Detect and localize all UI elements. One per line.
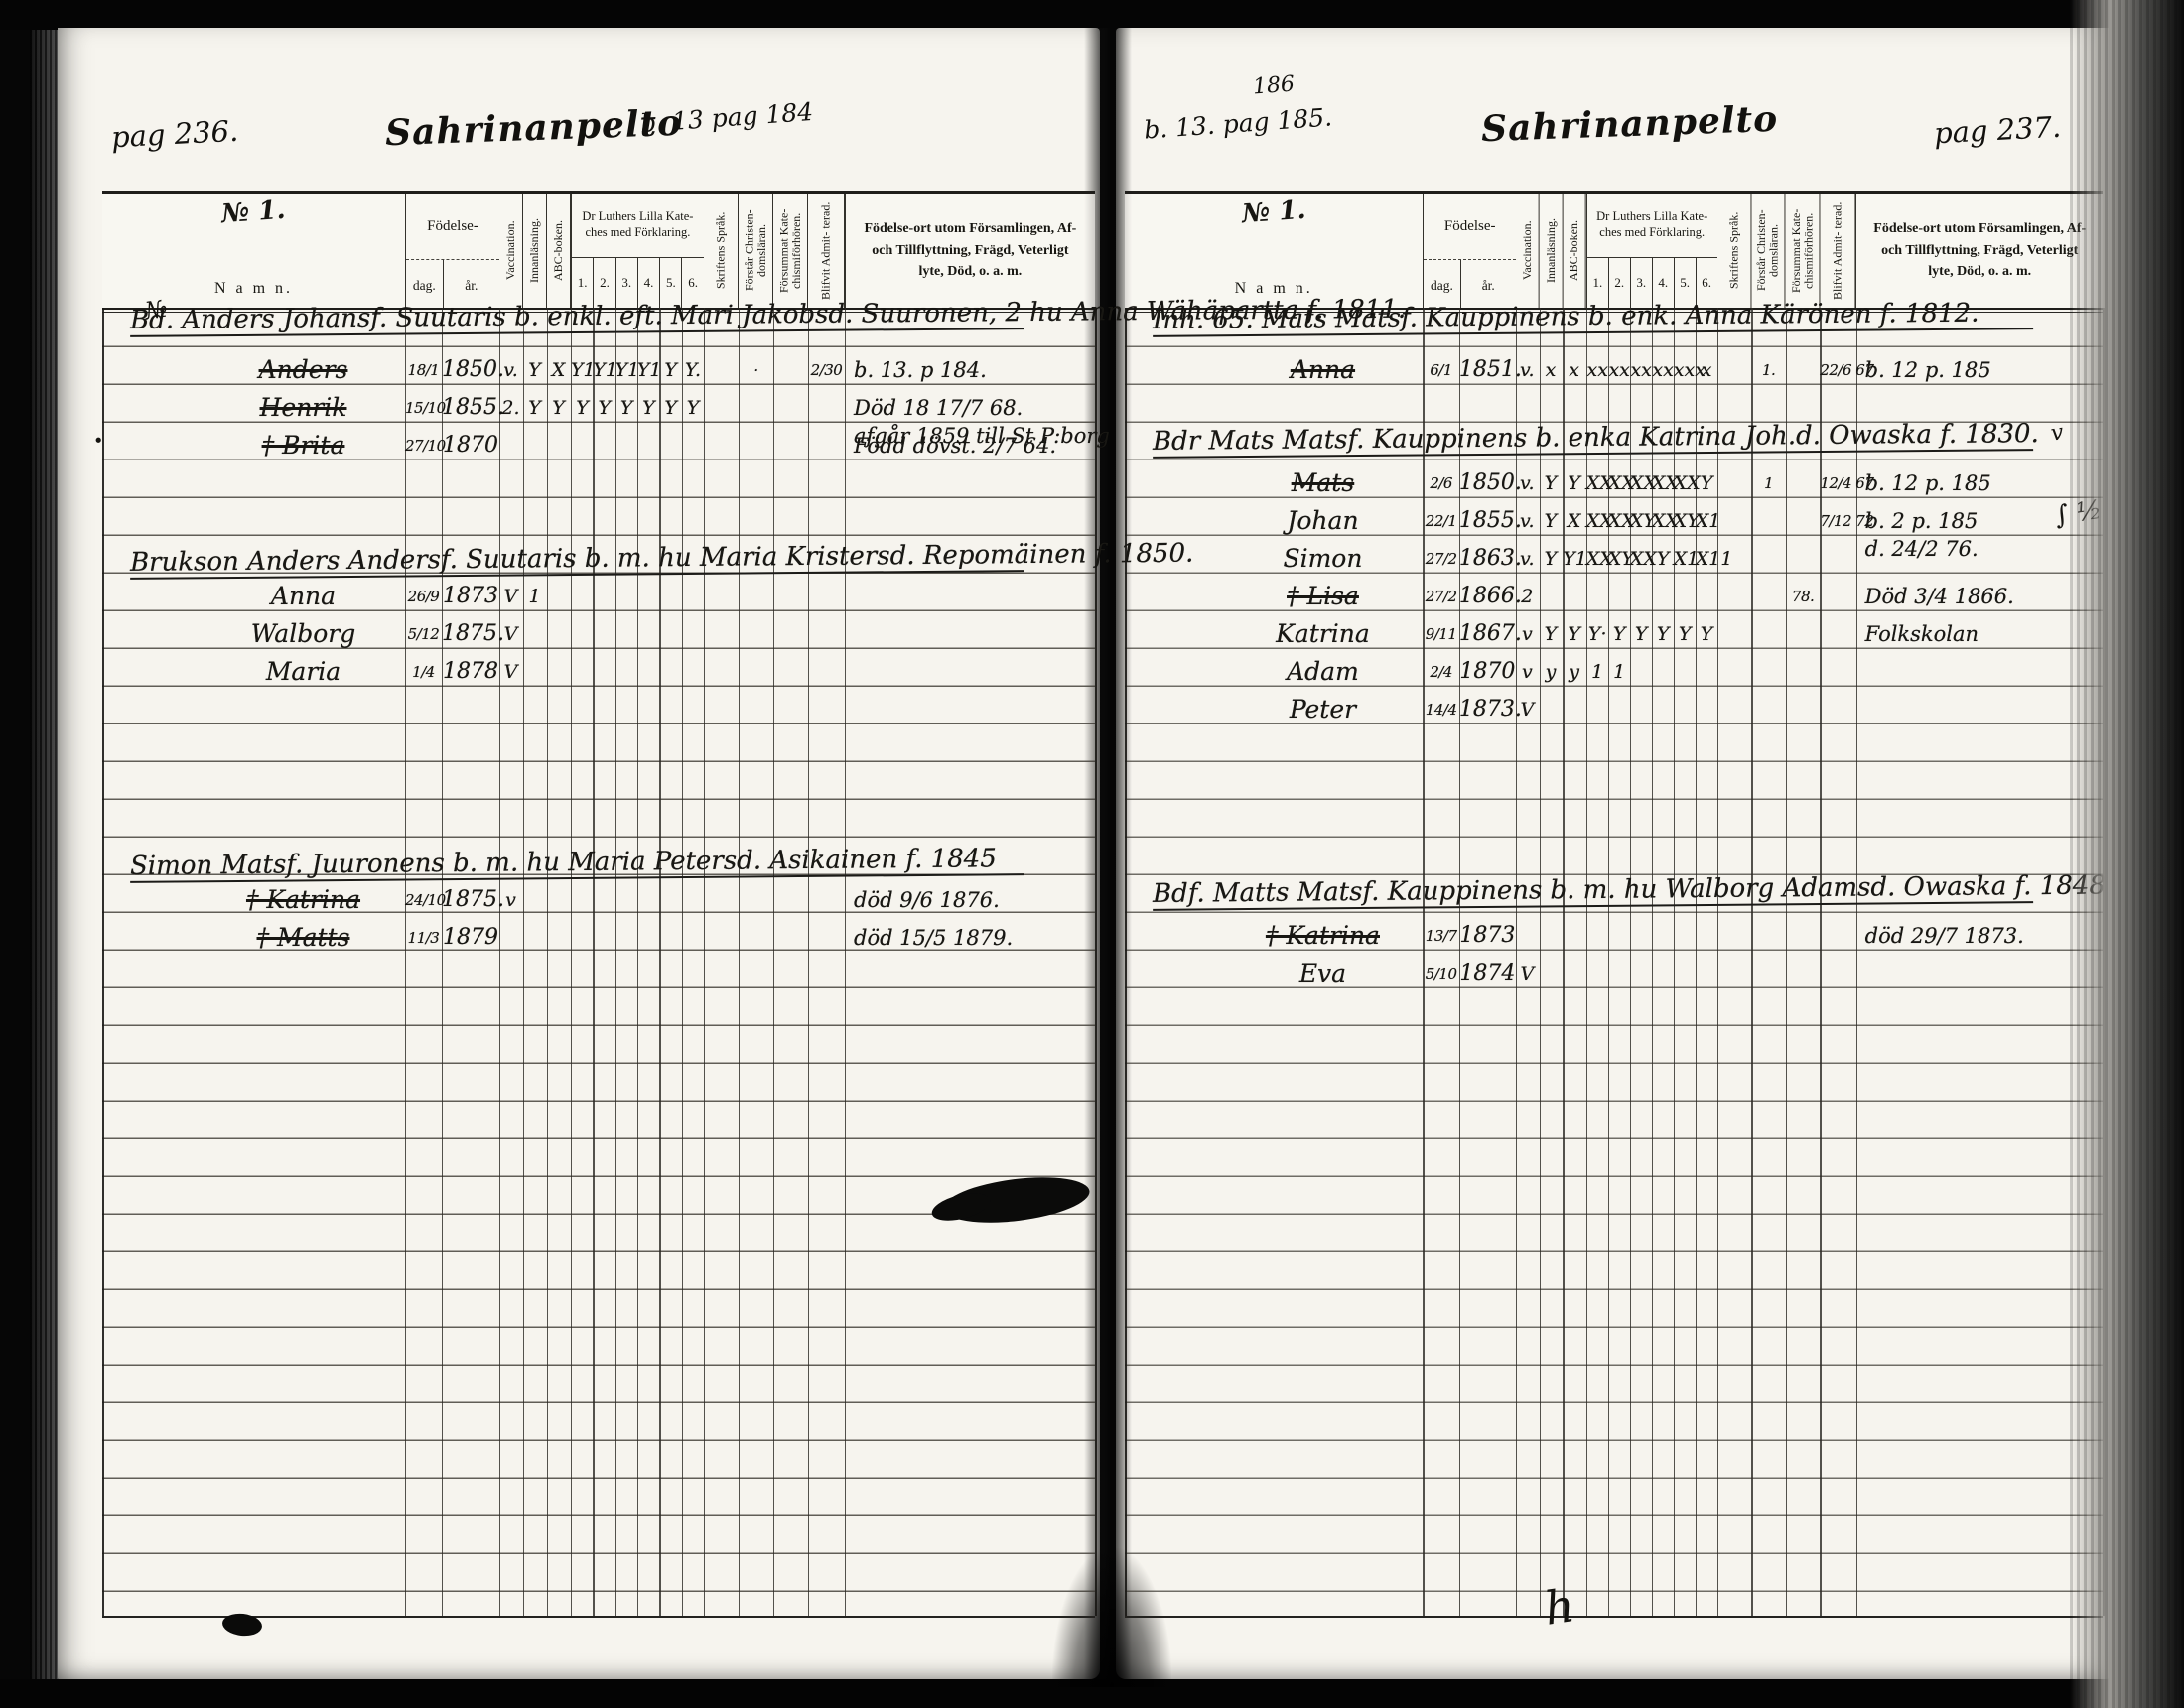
exam-mark: XX bbox=[1586, 544, 1609, 574]
exam-mark: xxx bbox=[1674, 355, 1697, 385]
exam-mark: y bbox=[1563, 657, 1585, 687]
exam-mark: XX bbox=[1608, 468, 1631, 498]
exam-mark: XY bbox=[1674, 506, 1697, 536]
exam-mark: v bbox=[499, 885, 522, 915]
exam-mark: 1 bbox=[1586, 657, 1609, 687]
column-line bbox=[1630, 308, 1631, 1616]
exam-mark: XX bbox=[1586, 468, 1609, 498]
column-line bbox=[1674, 308, 1675, 1616]
exam-mark: xx bbox=[1586, 355, 1609, 385]
exam-mark: Y bbox=[1540, 619, 1563, 649]
birth-day: 14/4 bbox=[1423, 695, 1458, 724]
exam-mark: Y· bbox=[1586, 619, 1609, 649]
column-line bbox=[593, 308, 594, 1616]
exam-mark: x bbox=[1563, 355, 1585, 385]
handwritten-entries-layer: Bd. Anders Johansf. Suutaris b. enkl. ef… bbox=[0, 0, 2184, 1708]
exam-mark: XY bbox=[1608, 544, 1631, 574]
remark-note: död 29/7 1873. bbox=[1865, 921, 2100, 951]
exam-mark: Y bbox=[1674, 619, 1697, 649]
column-line bbox=[637, 308, 638, 1616]
person-name: Johan bbox=[1223, 506, 1424, 536]
exam-mark: v. bbox=[1516, 355, 1539, 385]
exam-mark: X bbox=[547, 355, 570, 385]
person-name: Mats bbox=[1223, 468, 1424, 498]
exam-mark: v bbox=[1516, 619, 1539, 649]
exam-mark: Y bbox=[1608, 619, 1631, 649]
birth-day: 11/3 bbox=[405, 923, 442, 953]
column-line bbox=[1608, 308, 1609, 1616]
birth-day: 27/2 bbox=[1423, 582, 1458, 611]
exam-mark: y bbox=[1540, 657, 1563, 687]
person-name: † Lisa bbox=[1223, 582, 1424, 611]
exam-mark: Y. bbox=[682, 355, 705, 385]
column-line bbox=[1820, 308, 1821, 1616]
exam-mark: v bbox=[1516, 657, 1539, 687]
exam-mark: Y bbox=[593, 393, 615, 423]
exam-mark: v. bbox=[1516, 544, 1539, 574]
exam-mark: V bbox=[499, 657, 522, 687]
exam-mark: XX bbox=[1608, 506, 1631, 536]
birth-day: 2/4 bbox=[1423, 657, 1458, 687]
birth-year: 1873 bbox=[442, 582, 499, 611]
column-line bbox=[405, 308, 406, 1616]
exam-mark: Y bbox=[1652, 544, 1675, 574]
exam-mark: Y bbox=[659, 355, 682, 385]
remark-note: Död 18 17/7 68. bbox=[854, 393, 1092, 423]
column-line bbox=[659, 308, 660, 1616]
person-name: Simon bbox=[1223, 544, 1424, 574]
person-name: Eva bbox=[1223, 959, 1424, 988]
remark-note: död 9/6 1876. bbox=[854, 885, 1092, 915]
exam-mark: V bbox=[499, 582, 522, 611]
exam-mark: XX bbox=[1652, 468, 1675, 498]
exam-mark: X1 bbox=[1674, 544, 1697, 574]
margin-pen-mark: v bbox=[2049, 420, 2065, 446]
family-header-row: Brukson Anders Andersf. Suutaris b. m. h… bbox=[130, 540, 1024, 580]
exam-mark: Y bbox=[682, 393, 705, 423]
exam-mark: Y1 bbox=[615, 355, 638, 385]
exam-mark: Y bbox=[523, 393, 546, 423]
column-line bbox=[1586, 308, 1587, 1616]
exam-mark: Y bbox=[659, 393, 682, 423]
person-name: Adam bbox=[1223, 657, 1424, 687]
exam-mark: x bbox=[1696, 355, 1718, 385]
exam-mark: Y1 bbox=[571, 355, 594, 385]
book-scan: pag 236. Sahrinanpelto b. 13 pag 184 186… bbox=[0, 0, 2184, 1708]
person-name: Peter bbox=[1223, 695, 1424, 724]
column-line bbox=[773, 308, 774, 1616]
birth-day: 15/10 bbox=[405, 393, 442, 423]
person-name: Walborg bbox=[202, 619, 405, 649]
exam-mark: X1 bbox=[1696, 506, 1718, 536]
exam-mark: XY bbox=[1630, 506, 1653, 536]
remark-note: död 15/5 1879. bbox=[854, 923, 1092, 953]
exam-mark: Y bbox=[1540, 506, 1563, 536]
column-line bbox=[1696, 308, 1697, 1616]
person-name: Katrina bbox=[1223, 619, 1424, 649]
remark-note: Död 3/4 1866. bbox=[1865, 582, 2100, 611]
exam-mark: Y bbox=[547, 393, 570, 423]
birth-year: 1870 bbox=[1459, 657, 1516, 687]
admitted-date: 2/30 bbox=[808, 355, 845, 385]
exam-mark: Y bbox=[523, 355, 546, 385]
exam-mark: Y bbox=[571, 393, 594, 423]
column-line bbox=[704, 308, 705, 1616]
column-line bbox=[1717, 308, 1718, 1616]
exam-mark: V bbox=[1516, 695, 1539, 724]
exam-mark: X11 bbox=[1696, 544, 1718, 574]
birth-year: 1879 bbox=[442, 923, 499, 953]
exam-mark: 2. bbox=[499, 393, 522, 423]
column-line bbox=[1652, 308, 1653, 1616]
exam-mark: v. bbox=[499, 355, 522, 385]
exam-mark: Y bbox=[1540, 468, 1563, 498]
column-line bbox=[1856, 308, 1857, 1616]
family-header-row: Bdr Mats Matsf. Kauppinens b. enka Katri… bbox=[1152, 419, 2032, 459]
exam-mark: Y bbox=[615, 393, 638, 423]
column-line bbox=[1095, 308, 1097, 1616]
person-name: Maria bbox=[202, 657, 405, 687]
person-name: Anders bbox=[202, 355, 405, 385]
person-name: Anna bbox=[202, 582, 405, 611]
admitted-date: 12/4 67 bbox=[1820, 468, 1855, 498]
column-line bbox=[1540, 308, 1541, 1616]
column-line bbox=[499, 308, 500, 1616]
birth-year: 1855. bbox=[442, 393, 499, 423]
birth-year: 1863. bbox=[1459, 544, 1516, 574]
exam-mark: V bbox=[1516, 959, 1539, 988]
birth-year: 1850. bbox=[1459, 468, 1516, 498]
birth-day: 27/10 bbox=[405, 431, 442, 460]
birth-day: 5/10 bbox=[1423, 959, 1458, 988]
column-line bbox=[615, 308, 616, 1616]
column-line bbox=[739, 308, 740, 1616]
birth-year: 1866. bbox=[1459, 582, 1516, 611]
exam-mark: xx bbox=[1608, 355, 1631, 385]
exam-mark: Y bbox=[1696, 619, 1718, 649]
birth-year: 1875. bbox=[442, 885, 499, 915]
person-name: Henrik bbox=[202, 393, 405, 423]
family-header-row: Bdf. Matts Matsf. Kauppinens b. m. hu Wa… bbox=[1152, 871, 2032, 911]
exam-mark: v. bbox=[1516, 506, 1539, 536]
birth-day: 26/9 bbox=[405, 582, 442, 611]
exam-mark: Y bbox=[1630, 619, 1653, 649]
column-line bbox=[1751, 308, 1752, 1616]
remark-note: d. 24/2 76. bbox=[1865, 534, 2100, 564]
exam-mark: 2 bbox=[1516, 582, 1539, 611]
person-name: † Katrina bbox=[1223, 921, 1424, 951]
forsummat-mark: 78. bbox=[1786, 582, 1820, 611]
birth-day: 1/4 bbox=[405, 657, 442, 687]
birth-day: 13/7 bbox=[1423, 921, 1458, 951]
exam-mark: Y bbox=[1652, 619, 1675, 649]
column-line bbox=[682, 308, 683, 1616]
column-line bbox=[808, 308, 809, 1616]
remark-note: Folkskolan bbox=[1865, 619, 2100, 649]
exam-mark: 1 bbox=[1608, 657, 1631, 687]
exam-mark: Y bbox=[1563, 468, 1585, 498]
exam-mark: xx bbox=[1630, 355, 1653, 385]
birth-day: 22/1 bbox=[1423, 506, 1458, 536]
exam-mark: XX bbox=[1630, 544, 1653, 574]
admitted-date: 22/6 67 bbox=[1820, 355, 1855, 385]
column-line bbox=[442, 308, 443, 1616]
birth-year: 1878 bbox=[442, 657, 499, 687]
exam-mark: Y bbox=[1540, 544, 1563, 574]
exam-mark: XX bbox=[1652, 506, 1675, 536]
person-name: † Katrina bbox=[202, 885, 405, 915]
forstar-mark: · bbox=[739, 355, 773, 385]
birth-year: 1851. bbox=[1459, 355, 1516, 385]
exam-mark: Y bbox=[1563, 619, 1585, 649]
exam-mark: Y1 bbox=[593, 355, 615, 385]
column-line bbox=[523, 308, 524, 1616]
forstar-mark: 1. bbox=[1751, 355, 1785, 385]
birth-day: 6/1 bbox=[1423, 355, 1458, 385]
remark-note: b. 12 p. 185 bbox=[1865, 468, 2100, 498]
column-line bbox=[1563, 308, 1564, 1616]
exam-mark: x bbox=[1540, 355, 1563, 385]
column-line bbox=[1125, 308, 1127, 1616]
margin-pen-mark: № bbox=[143, 295, 169, 326]
person-name: Anna bbox=[1223, 355, 1424, 385]
column-line bbox=[1786, 308, 1787, 1616]
column-line bbox=[845, 308, 846, 1616]
birth-year: 1874 bbox=[1459, 959, 1516, 988]
exam-mark: xx bbox=[1652, 355, 1675, 385]
birth-day: 24/10 bbox=[405, 885, 442, 915]
exam-mark: X bbox=[1563, 506, 1585, 536]
remark-note: b. 13. p 184. bbox=[854, 355, 1092, 385]
birth-day: 2/6 bbox=[1423, 468, 1458, 498]
forstar-mark: 1 bbox=[1751, 468, 1785, 498]
birth-day: 5/12 bbox=[405, 619, 442, 649]
birth-year: 1870 bbox=[442, 431, 499, 460]
exam-mark: XXY bbox=[1674, 468, 1697, 498]
exam-mark: 1 bbox=[523, 582, 546, 611]
remark-note: Född dövst. 2/7 64. bbox=[854, 431, 1092, 460]
exam-mark: V bbox=[499, 619, 522, 649]
exam-mark: XX bbox=[1586, 506, 1609, 536]
family-header-row: Simon Matsf. Juuronens b. m. hu Maria Pe… bbox=[130, 844, 1024, 883]
birth-day: 27/2 bbox=[1423, 544, 1458, 574]
book-edge-right bbox=[2070, 0, 2184, 1708]
exam-mark: v. bbox=[1516, 468, 1539, 498]
birth-day: 9/11 bbox=[1423, 619, 1458, 649]
person-name: † Brita bbox=[202, 431, 405, 460]
birth-year: 1850. bbox=[442, 355, 499, 385]
exam-mark: Y1 bbox=[637, 355, 660, 385]
admitted-date: 7/12 72 bbox=[1820, 506, 1855, 536]
family-header-row: Inh. 65. Mats Matsf. Kauppinens b. enk. … bbox=[1152, 298, 2032, 337]
column-line bbox=[571, 308, 572, 1616]
birth-year: 1875. bbox=[442, 619, 499, 649]
birth-year: 1873 bbox=[1459, 921, 1516, 951]
birth-year: 1867. bbox=[1459, 619, 1516, 649]
margin-pen-mark: h bbox=[1541, 1578, 1577, 1636]
remark-note: b. 12 p. 185 bbox=[1865, 355, 2100, 385]
person-name: † Matts bbox=[202, 923, 405, 953]
exam-mark: Y1 bbox=[1563, 544, 1585, 574]
exam-mark: Y bbox=[637, 393, 660, 423]
exam-mark: XX bbox=[1630, 468, 1653, 498]
family-header-row: Bd. Anders Johansf. Suutaris b. enkl. ef… bbox=[130, 298, 1024, 337]
column-line bbox=[547, 308, 548, 1616]
column-line bbox=[102, 308, 104, 1616]
birth-year: 1873. bbox=[1459, 695, 1516, 724]
birth-year: 1855. bbox=[1459, 506, 1516, 536]
birth-day: 18/1 bbox=[405, 355, 442, 385]
